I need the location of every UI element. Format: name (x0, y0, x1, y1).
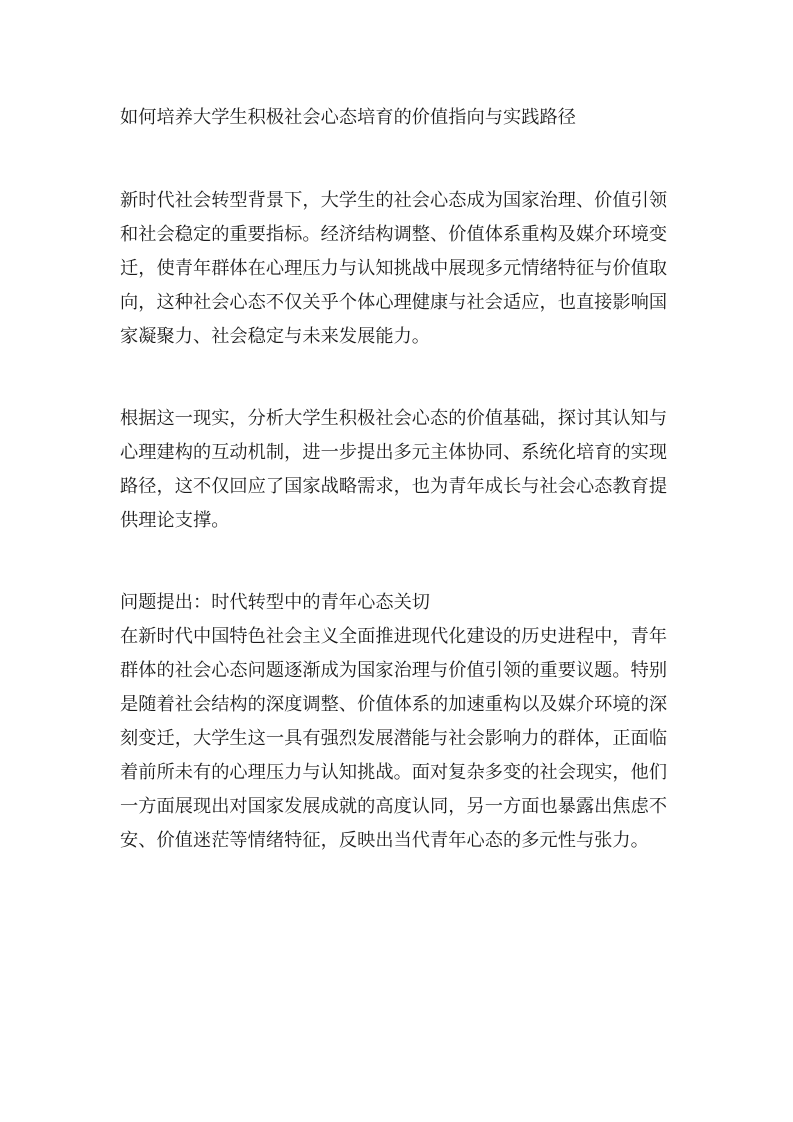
paragraph-line: 安、价值迷茫等情绪特征，反映出当代青年心态的多元性与张力。 (120, 829, 649, 853)
paragraph-line: 心理建构的互动机制，进一步提出多元主体协同、系统化培育的实现 (120, 441, 667, 465)
paragraph-line: 供理论支撑。 (120, 509, 229, 533)
paragraph-line: 路径，这不仅回应了国家战略需求，也为青年成长与社会心态教育提 (120, 475, 667, 499)
paragraph-line: 和社会稳定的重要指标。经济结构调整、价值体系重构及媒介环境变 (120, 223, 667, 247)
paragraph-line: 新时代社会转型背景下，大学生的社会心态成为国家治理、价值引领 (120, 189, 667, 213)
paragraph-line: 根据这一现实，分析大学生积极社会心态的价值基础，探讨其认知与 (120, 407, 667, 431)
paragraph-line: 群体的社会心态问题逐渐成为国家治理与价值引领的重要议题。特别 (120, 659, 667, 683)
paragraph-line: 在新时代中国特色社会主义全面推进现代化建设的历史进程中，青年 (120, 625, 667, 649)
paragraph-line: 家凝聚力、社会稳定与未来发展能力。 (120, 325, 430, 349)
paragraph-line: 迁，使青年群体在心理压力与认知挑战中展现多元情绪特征与价值取 (120, 257, 667, 281)
document-title: 如何培养大学生积极社会心态培育的价值指向与实践路径 (120, 106, 576, 130)
paragraph-line: 一方面展现出对国家发展成就的高度认同，另一方面也暴露出焦虑不 (120, 795, 667, 819)
section-heading: 问题提出：时代转型中的青年心态关切 (120, 591, 430, 615)
paragraph-line: 是随着社会结构的深度调整、价值体系的加速重构以及媒介环境的深 (120, 693, 667, 717)
paragraph-line: 向，这种社会心态不仅关乎个体心理健康与社会适应，也直接影响国 (120, 291, 667, 315)
paragraph-line: 刻变迁，大学生这一具有强烈发展潜能与社会影响力的群体，正面临 (120, 727, 667, 751)
paragraph-line: 着前所未有的心理压力与认知挑战。面对复杂多变的社会现实，他们 (120, 761, 667, 785)
